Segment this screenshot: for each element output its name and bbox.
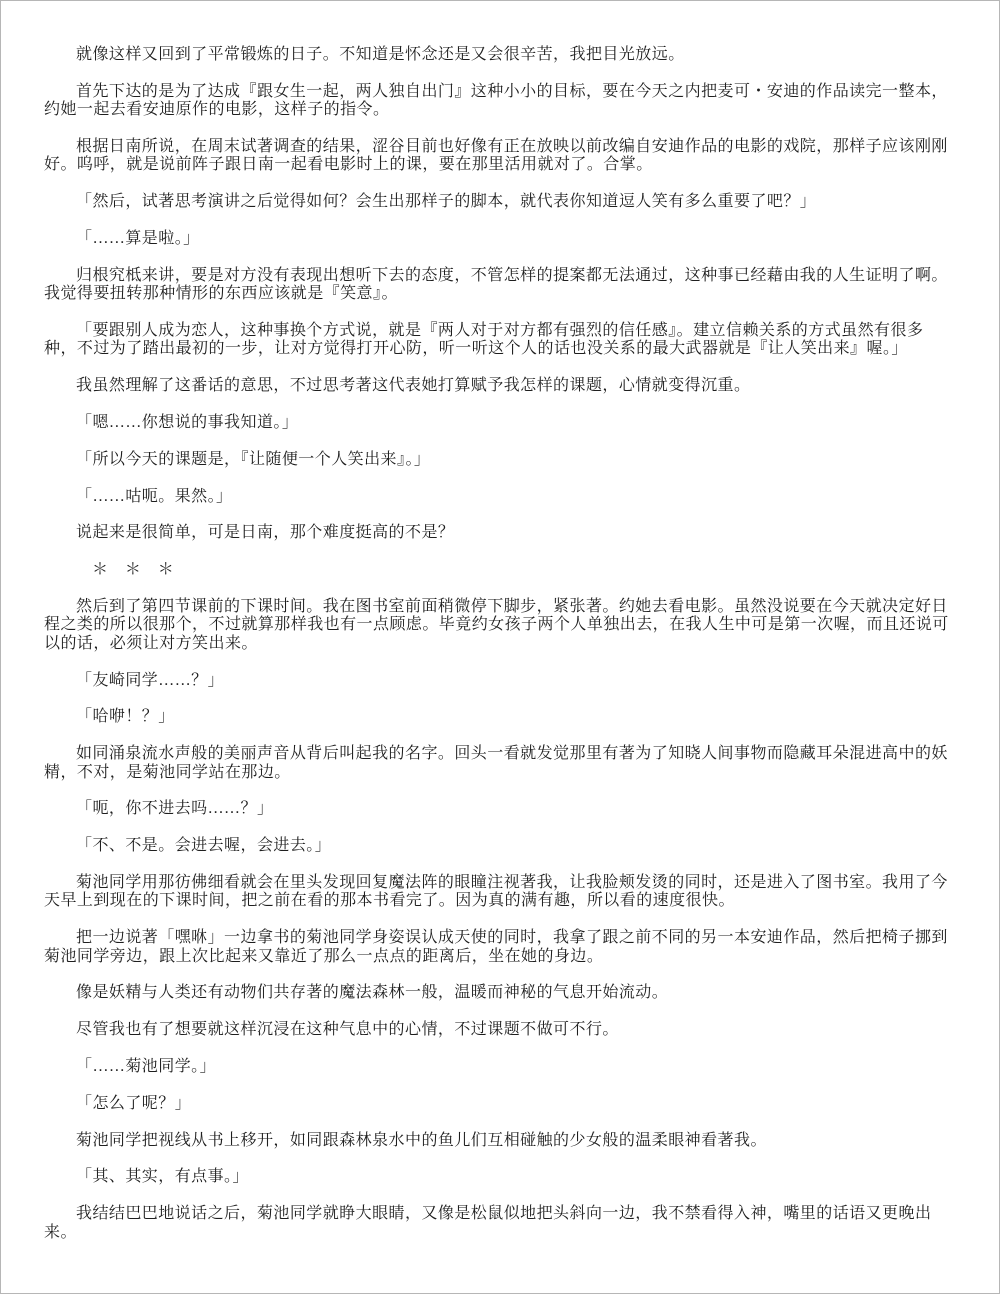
paragraph: 如同涌泉流水声般的美丽声音从背后叫起我的名字。回头一看就发觉那里有著为了知晓人间… <box>44 745 950 782</box>
dialogue-paragraph: 「然后，试著思考演讲之后觉得如何？会生出那样子的脚本，就代表你知道逗人笑有多么重… <box>44 193 950 211</box>
section-separator: ＊ ＊ ＊ <box>44 561 950 579</box>
paragraph: 菊池同学把视线从书上移开，如同跟森林泉水中的鱼儿们互相碰触的少女般的温柔眼神看著… <box>44 1132 950 1150</box>
paragraph: 就像这样又回到了平常锻炼的日子。不知道是怀念还是又会很辛苦，我把目光放远。 <box>44 46 950 64</box>
dialogue-paragraph: 「……菊池同学。」 <box>44 1058 950 1076</box>
dialogue-paragraph: 「……咕呃。果然。」 <box>44 488 950 506</box>
dialogue-paragraph: 「怎么了呢？」 <box>44 1095 950 1113</box>
paragraph: 我虽然理解了这番话的意思，不过思考著这代表她打算赋予我怎样的课题，心情就变得沉重… <box>44 377 950 395</box>
paragraph: 尽管我也有了想要就这样沉浸在这种气息中的心情，不过课题不做可不行。 <box>44 1021 950 1039</box>
dialogue-paragraph: 「所以今天的课题是，『让随便一个人笑出来』。」 <box>44 451 950 469</box>
paragraph: 根据日南所说，在周末试著调查的结果，涩谷目前也好像有正在放映以前改编自安迪作品的… <box>44 138 950 175</box>
dialogue-paragraph: 「不、不是。会进去喔，会进去。」 <box>44 837 950 855</box>
text-content: 就像这样又回到了平常锻炼的日子。不知道是怀念还是又会很辛苦，我把目光放远。 首先… <box>44 46 950 1242</box>
paragraph: 然后到了第四节课前的下课时间。我在图书室前面稍微停下脚步，紧张著。约她去看电影。… <box>44 598 950 653</box>
paragraph: 归根究柢来讲，要是对方没有表现出想听下去的态度，不管怎样的提案都无法通过，这种事… <box>44 267 950 304</box>
dialogue-paragraph: 「其、其实，有点事。」 <box>44 1168 950 1186</box>
paragraph: 像是妖精与人类还有动物们共存著的魔法森林一般，温暖而神秘的气息开始流动。 <box>44 984 950 1002</box>
paragraph: 菊池同学用那彷佛细看就会在里头发现回复魔法阵的眼瞳注视著我，让我脸颊发烫的同时，… <box>44 874 950 911</box>
novel-page: 就像这样又回到了平常锻炼的日子。不知道是怀念还是又会很辛苦，我把目光放远。 首先… <box>0 0 1000 1294</box>
dialogue-paragraph: 「呃，你不进去吗……？」 <box>44 800 950 818</box>
dialogue-paragraph: 「要跟别人成为恋人，这种事换个方式说，就是『两人对于对方都有强烈的信任感』。建立… <box>44 322 950 359</box>
dialogue-paragraph: 「哈咿！？」 <box>44 708 950 726</box>
dialogue-paragraph: 「嗯……你想说的事我知道。」 <box>44 414 950 432</box>
paragraph: 把一边说著「嘿咻」一边拿书的菊池同学身姿误认成天使的同时，我拿了跟之前不同的另一… <box>44 929 950 966</box>
dialogue-paragraph: 「……算是啦。」 <box>44 230 950 248</box>
paragraph: 说起来是很简单，可是日南，那个难度挺高的不是？ <box>44 524 950 542</box>
paragraph: 我结结巴巴地说话之后，菊池同学就睁大眼睛，又像是松鼠似地把头斜向一边，我不禁看得… <box>44 1205 950 1242</box>
paragraph: 首先下达的是为了达成『跟女生一起，两人独自出门』这种小小的目标，要在今天之内把麦… <box>44 83 950 120</box>
dialogue-paragraph: 「友崎同学……？」 <box>44 672 950 690</box>
